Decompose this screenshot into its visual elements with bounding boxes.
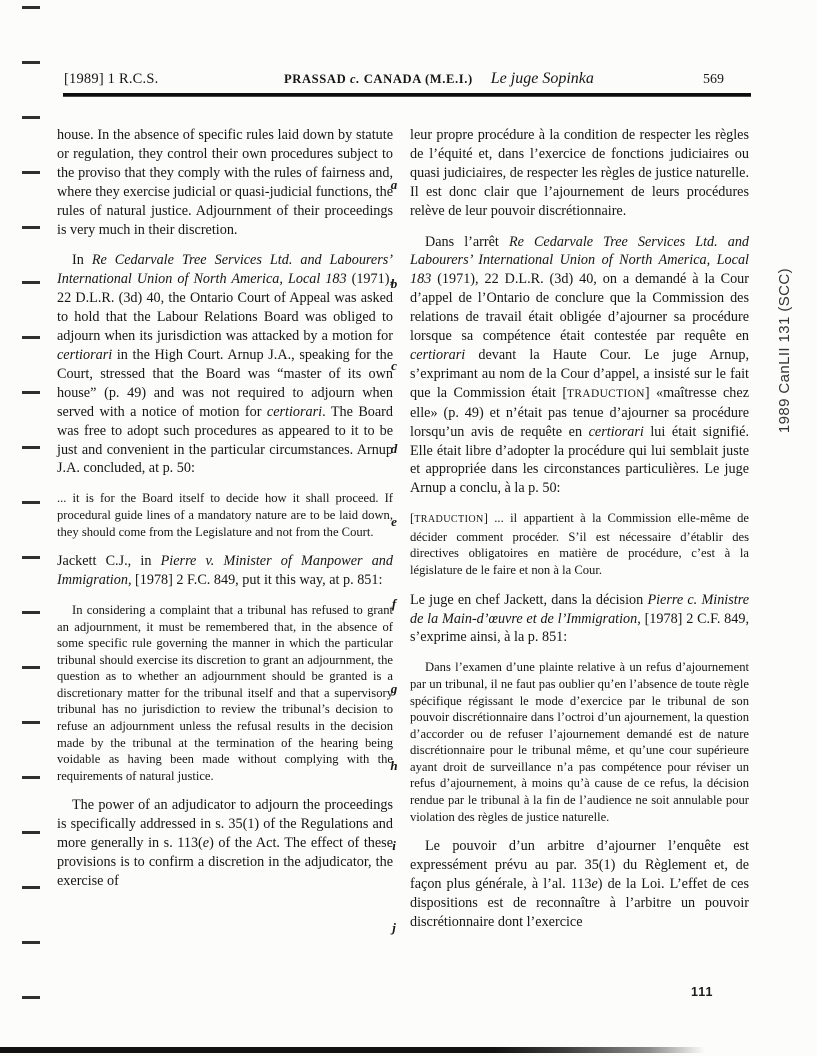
footer-page-number: 111	[691, 985, 713, 999]
header-rule	[63, 93, 751, 97]
block-quote: [TRADUCTION] ... il appartient à la Comm…	[410, 510, 749, 578]
scan-artifact-bar	[0, 1047, 705, 1053]
block-quote: ... it is for the Board itself to decide…	[57, 490, 393, 540]
block-quote: Dans l’examen d’une plainte relative à u…	[410, 659, 749, 825]
running-head: PRASSAD c. CANADA (M.E.I.) Le juge Sopin…	[284, 70, 594, 88]
paragraph: Jackett C.J., in Pierre v. Minister of M…	[57, 552, 393, 590]
canlii-citation: 1989 CanLII 131 (SCC)	[776, 268, 793, 433]
paragraph: house. In the absence of specific rules …	[57, 126, 393, 239]
margin-letter-h: h	[386, 759, 402, 772]
paragraph: Le pouvoir d’un arbitre d’ajourner l’enq…	[410, 837, 749, 932]
judge-name: Le juge Sopinka	[491, 70, 594, 87]
margin-letter-b: b	[386, 277, 402, 290]
margin-letter-a: a	[386, 178, 402, 191]
margin-letter-e: e	[386, 515, 402, 528]
margin-letter-j: j	[386, 921, 402, 934]
block-quote: In considering a complaint that a tribun…	[57, 602, 393, 785]
case-title: PRASSAD c. CANADA (M.E.I.)	[284, 72, 473, 86]
reporter-citation: [1989] 1 R.C.S.	[64, 71, 158, 88]
scanned-court-report-page: [1989] 1 R.C.S. PRASSAD c. CANADA (M.E.I…	[0, 0, 817, 1056]
paragraph: In Re Cedarvale Tree Services Ltd. and L…	[57, 251, 393, 478]
paragraph: leur propre procédure à la condition de …	[410, 126, 749, 221]
margin-letter-c: c	[386, 359, 402, 372]
margin-letter-f: f	[386, 597, 402, 610]
margin-letter-d: d	[386, 442, 402, 455]
margin-letter-g: g	[386, 682, 402, 695]
column-left: house. In the absence of specific rules …	[57, 126, 393, 891]
binding-marks	[22, 6, 40, 1044]
paragraph: Le juge en chef Jackett, dans la décisio…	[410, 591, 749, 648]
paragraph: Dans l’arrêt Re Cedarvale Tree Services …	[410, 233, 749, 499]
paragraph: The power of an adjudicator to adjourn t…	[57, 796, 393, 891]
column-right: leur propre procédure à la condition de …	[410, 126, 749, 932]
margin-letter-i: i	[386, 839, 402, 852]
header-page-number: 569	[703, 72, 724, 88]
